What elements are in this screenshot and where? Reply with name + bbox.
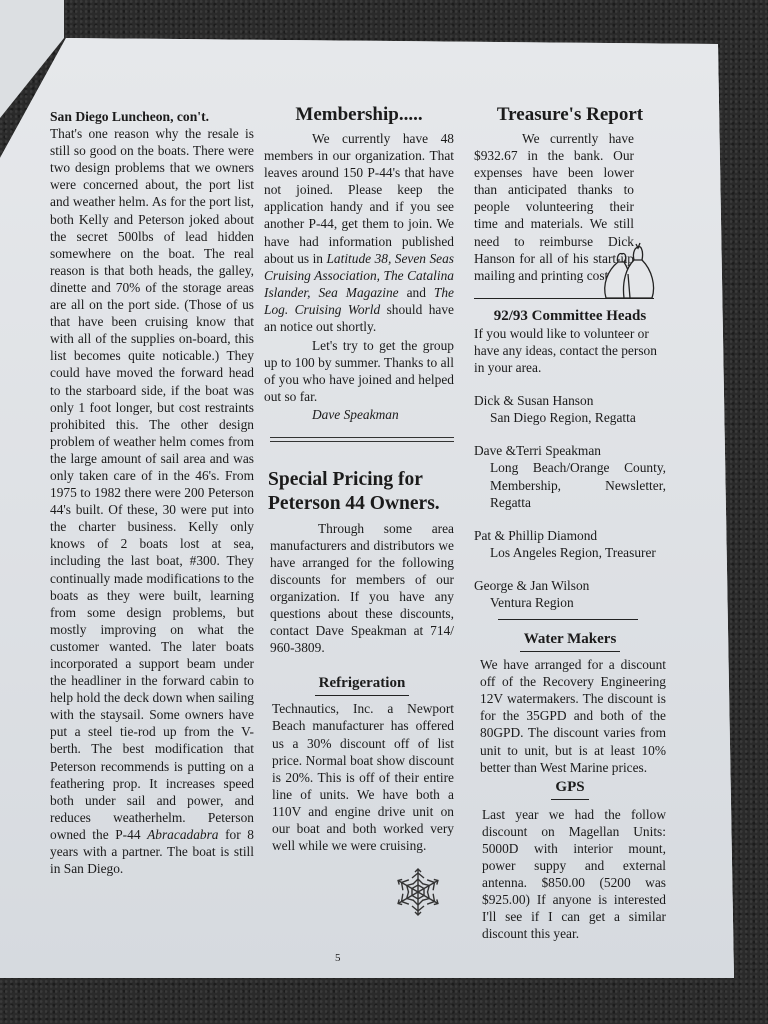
boat-name: Abracadabra <box>147 827 218 842</box>
heading-text: Refrigeration <box>315 674 410 696</box>
snowflake-icon <box>392 866 444 918</box>
committee-heading: 92/93 Committee Heads <box>474 307 666 325</box>
committee-member: Dave &Terri Speakman Long Beach/Orange C… <box>474 442 666 510</box>
water-makers-body: We have arranged for a discount off of t… <box>474 656 666 776</box>
heading-line: Special Pricing for <box>268 469 423 490</box>
special-pricing-heading: Special Pricing forPeterson 44 Owners. <box>268 468 454 516</box>
member-names: Dave &Terri Speakman <box>474 442 666 459</box>
page-mark: ⸝ <box>42 62 47 75</box>
membership-paragraph-1: We currently have 48 members in our orga… <box>264 130 454 335</box>
treasurer-heading: Treasure's Report <box>474 104 666 126</box>
column-san-diego-luncheon: San Diego Luncheon, con't. That's one re… <box>50 108 254 877</box>
gps-body: Last year we had the follow discount on … <box>474 806 666 943</box>
body-text: That's one reason why the resale is stil… <box>50 126 254 842</box>
column-membership-pricing: Membership..... We currently have 48 mem… <box>264 104 454 854</box>
heading-text: GPS <box>551 778 588 800</box>
article-body-san-diego-luncheon: That's one reason why the resale is stil… <box>50 125 254 877</box>
committee-intro: If you would like to volunteer or have a… <box>474 325 666 376</box>
committee-member: George & Jan Wilson Ventura Region <box>474 577 666 611</box>
membership-paragraph-2: Let's try to get the group up to 100 by … <box>264 337 454 405</box>
membership-heading: Membership..... <box>264 104 454 126</box>
committee-member: Dick & Susan Hanson San Diego Region, Re… <box>474 392 666 426</box>
section-divider <box>270 437 454 442</box>
page-number: 5 <box>335 952 341 964</box>
section-divider <box>498 619 638 620</box>
gps-heading: GPS <box>474 778 666 800</box>
special-pricing-body: Through some area manufacturers and dist… <box>264 520 454 657</box>
refrigeration-body: Technautics, Inc. a Newport Beach manufa… <box>264 700 454 854</box>
member-role: Los Angeles Region, Treasurer <box>474 544 666 561</box>
membership-signature: Dave Speakman <box>264 406 454 423</box>
member-names: George & Jan Wilson <box>474 577 666 594</box>
member-role: Ventura Region <box>474 594 666 611</box>
member-names: Pat & Phillip Diamond <box>474 527 666 544</box>
refrigeration-heading: Refrigeration <box>270 674 454 696</box>
member-role: San Diego Region, Regatta <box>474 409 666 426</box>
committee-member: Pat & Phillip Diamond Los Angeles Region… <box>474 527 666 561</box>
member-role: Long Beach/Orange County, Membership, Ne… <box>474 459 666 510</box>
member-names: Dick & Susan Hanson <box>474 392 666 409</box>
column-treasurer-committee: Treasure's Report We currently have $932… <box>474 104 666 942</box>
heading-text: Water Makers <box>520 630 621 652</box>
money-bag-icon <box>600 240 658 302</box>
heading-line: Peterson 44 Owners. <box>268 493 440 514</box>
body-text: We currently have 48 members in our orga… <box>264 131 454 266</box>
article-heading-san-diego-luncheon: San Diego Luncheon, con't. <box>50 108 254 125</box>
body-text: and <box>399 285 434 300</box>
water-makers-heading: Water Makers <box>474 630 666 652</box>
